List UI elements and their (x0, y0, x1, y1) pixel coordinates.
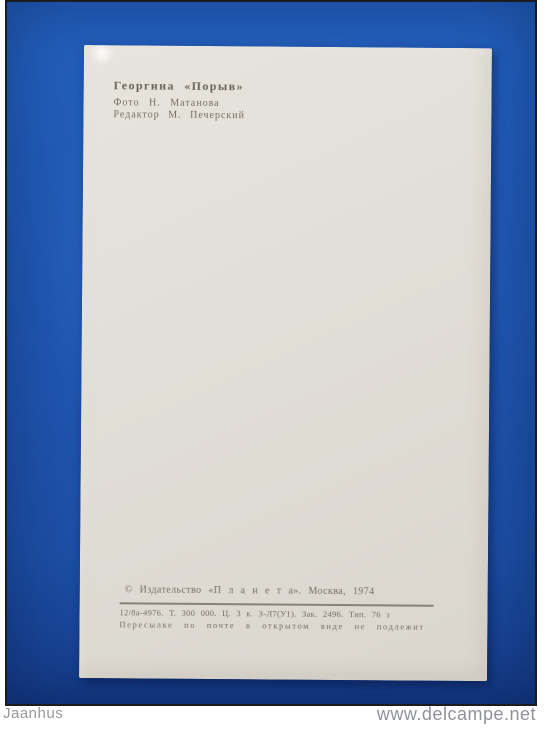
delcampe-watermark: www.delcampe.net (377, 704, 536, 725)
seller-watermark: Jaanhus (3, 705, 63, 722)
editor-credit-line: Редактор М. Печерский (113, 109, 245, 121)
postcard-title: Георгина «Порыв» (114, 78, 244, 94)
blue-background-photo: Георгина «Порыв» Фото Н. Матанова Редакт… (5, 0, 537, 706)
photo-credit-line: Фото Н. Матанова (114, 97, 220, 109)
divider-rule (120, 602, 434, 606)
postcard-back: Георгина «Порыв» Фото Н. Матанова Редакт… (79, 45, 492, 681)
postal-note-line: Пересылке по почте в открытом виде не по… (119, 619, 424, 631)
print-imprint-line: 12/8а-4976. Т. 300 000. Ц. 3 к. З-Л7(У1)… (120, 607, 391, 619)
publisher-line: © Издательство «П л а н е т а». Москва, … (125, 584, 375, 597)
